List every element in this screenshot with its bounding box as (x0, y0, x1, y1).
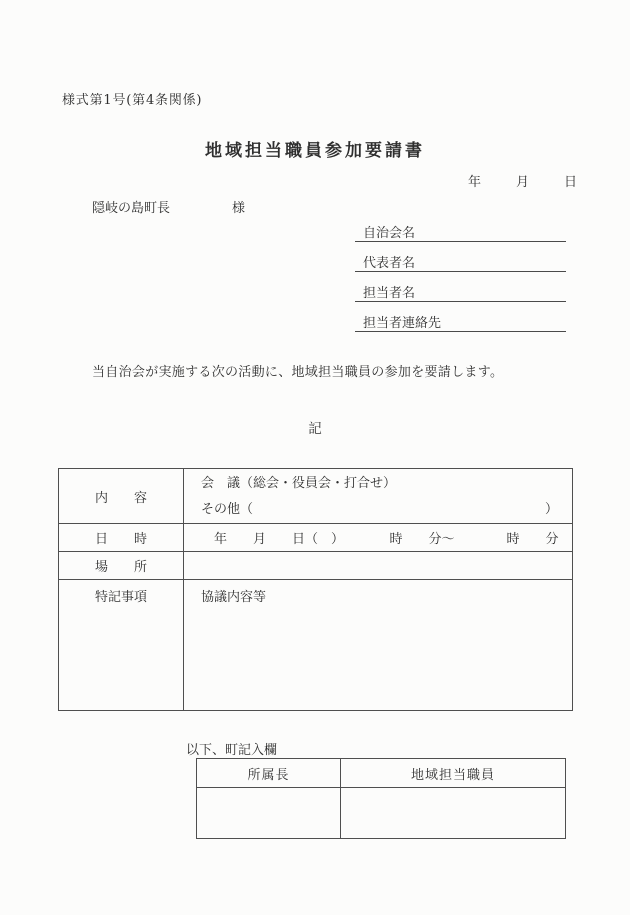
table-row-datetime: 日 時 年 月 日（ ） 時 分～ 時 分 (59, 524, 573, 552)
date-day-label: 日 (564, 171, 577, 190)
table-row-content: 内 容 会 議（総会・役員会・打合せ） その他（ ） (59, 469, 573, 524)
office-table-header-row: 所属長 地域担当職員 (197, 759, 566, 788)
date-line: 年 月 日 (468, 171, 577, 190)
form-page: 様式第1号(第4条関係) 地域担当職員参加要請書 年 月 日 隠岐の島町長様 自… (0, 0, 630, 915)
place-row-value-cell (184, 552, 573, 580)
date-month-label: 月 (516, 171, 529, 190)
field-association-name-label: 自治会名 (363, 227, 415, 241)
field-person-in-charge-name-label: 担当者名 (363, 287, 415, 301)
office-col2-header: 地域担当職員 (341, 759, 566, 788)
table-row-place: 場 所 (59, 552, 573, 580)
request-statement: 当自治会が実施する次の活動に、地域担当職員の参加を要請します。 (92, 361, 503, 380)
office-col1-header: 所属長 (197, 759, 341, 788)
field-representative-name: 代表者名 (355, 254, 566, 272)
date-year-label: 年 (468, 171, 481, 190)
content-option-other-prefix: その他（ (201, 497, 253, 523)
field-contact-info: 担当者連絡先 (355, 314, 566, 332)
notes-row-label: 特記事項 (59, 580, 184, 711)
content-option-meeting: 会 議（総会・役員会・打合せ） (201, 471, 558, 497)
addressee-name: 隠岐の島町長 (92, 201, 170, 216)
addressee-line: 隠岐の島町長様 (92, 197, 245, 216)
form-number: 様式第1号(第4条関係) (62, 89, 202, 108)
field-contact-info-label: 担当者連絡先 (363, 317, 441, 331)
place-row-label: 場 所 (59, 552, 184, 580)
notes-row-value: 協議内容等 (184, 580, 573, 711)
page-title: 地域担当職員参加要請書 (0, 136, 630, 161)
field-person-in-charge-name: 担当者名 (355, 284, 566, 302)
office-section-heading: 以下、町記入欄 (186, 739, 277, 758)
request-details-table: 内 容 会 議（総会・役員会・打合せ） その他（ ） 日 時 年 月 日（ ） … (58, 468, 573, 711)
datetime-row-label: 日 時 (59, 524, 184, 552)
office-col1-cell (197, 788, 341, 839)
office-col2-cell (341, 788, 566, 839)
content-row-label: 内 容 (59, 469, 184, 524)
table-row-notes: 特記事項 協議内容等 (59, 580, 573, 711)
office-use-table: 所属長 地域担当職員 (196, 758, 566, 839)
office-table-body-row (197, 788, 566, 839)
addressee-honorific: 様 (232, 201, 245, 216)
field-association-name: 自治会名 (355, 224, 566, 242)
content-option-other-suffix: ） (545, 497, 558, 523)
field-representative-name-label: 代表者名 (363, 257, 415, 271)
record-marker: 記 (0, 417, 630, 437)
datetime-row-value: 年 月 日（ ） 時 分～ 時 分 (201, 532, 559, 547)
